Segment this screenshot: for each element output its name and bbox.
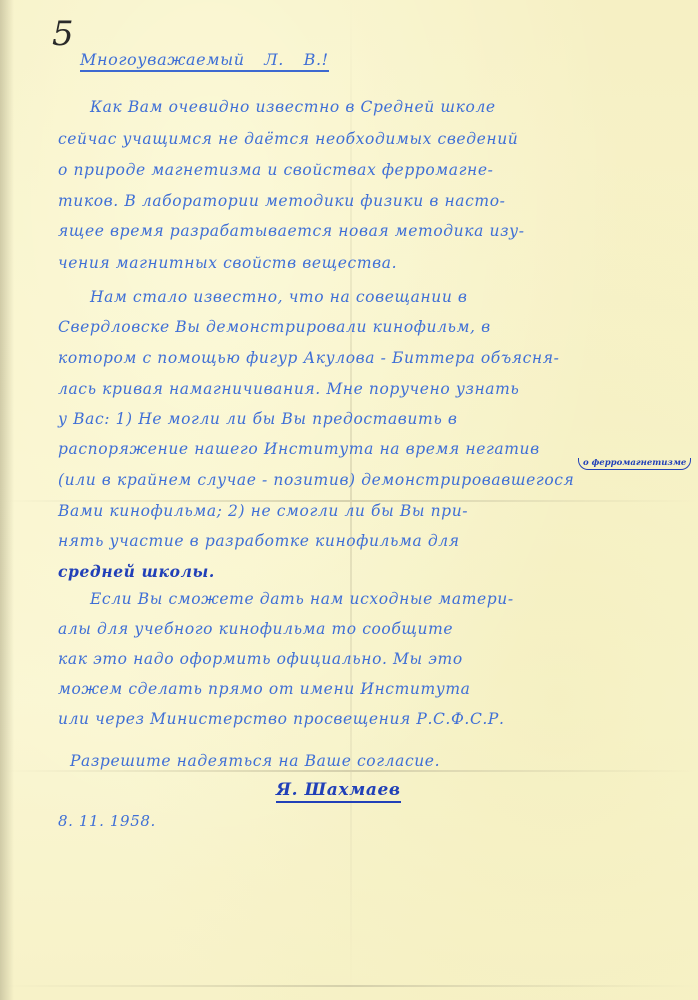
paper-fold-line <box>0 985 698 987</box>
page-corner-fold <box>496 0 698 30</box>
page-number: 5 <box>52 14 74 54</box>
text-line: алы для учебного кинофильма то сообщите <box>58 620 658 638</box>
text-line: лась кривая намагничивания. Мне поручено… <box>58 380 658 398</box>
text-line: распоряжение нашего Института на время н… <box>58 440 658 458</box>
letter-date: 8. 11. 1958. <box>58 812 156 830</box>
text-line: ящее время разрабатывается новая методик… <box>58 222 658 240</box>
text-line: Вами кинофильма; 2) не смогли ли бы Вы п… <box>58 502 658 520</box>
text-line: котором с помощью фигур Акулова - Биттер… <box>58 349 658 367</box>
salutation: Многоуважаемый Л. В.! <box>80 50 329 72</box>
text-line: Нам стало известно, что на совещании в <box>90 288 658 306</box>
paper-fold-line-vertical <box>350 0 352 1000</box>
text-line: Если Вы сможете дать нам исходные матери… <box>90 590 658 608</box>
text-line: тиков. В лаборатории методики физики в н… <box>58 192 658 210</box>
closing-line: Разрешите надеяться на Ваше согласие. <box>70 752 610 770</box>
text-line: Как Вам очевидно известно в Средней школ… <box>90 98 658 116</box>
text-line: сейчас учащимся не даётся необходимых св… <box>58 130 658 148</box>
text-line: как это надо оформить официально. Мы это <box>58 650 658 668</box>
text-line: чения магнитных свойств вещества. <box>58 254 658 272</box>
text-line: или через Министерство просвещения Р.С.Ф… <box>58 710 658 728</box>
text-line: (или в крайнем случае - позитив) демонст… <box>58 471 658 489</box>
paper-fold-line <box>0 770 698 772</box>
text-line: Свердловске Вы демонстрировали кинофильм… <box>58 318 658 336</box>
signature: Я. Шахмаев <box>276 780 401 803</box>
text-line: можем сделать прямо от имени Института <box>58 680 658 698</box>
text-line: нять участие в разработке кинофильма для <box>58 532 658 550</box>
text-line: средней школы. <box>58 562 658 581</box>
letter-page: 5 Многоуважаемый Л. В.! Как Вам очевидно… <box>0 0 698 1000</box>
text-line: о природе магнетизма и свойствах феррома… <box>58 161 658 179</box>
handwritten-insertion: о ферромагнетизме <box>578 458 691 470</box>
text-line: у Вас: 1) Не могли ли бы Вы предоставить… <box>58 410 658 428</box>
